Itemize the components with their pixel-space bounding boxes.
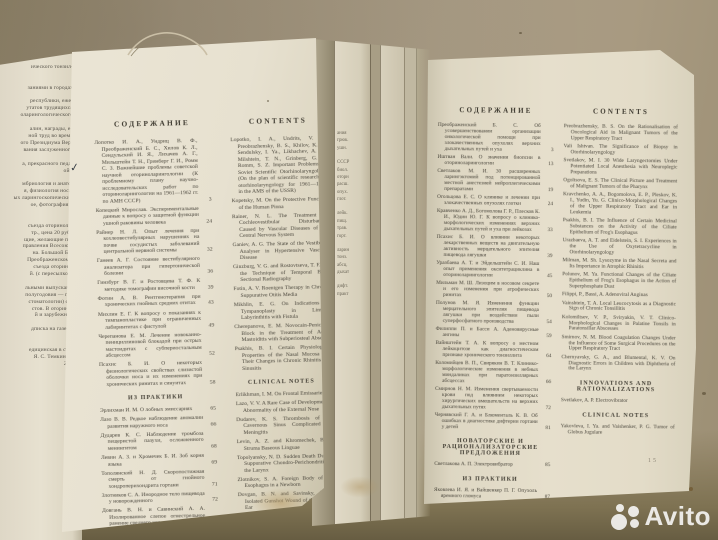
text-fragment: оларингологического bbox=[0, 112, 73, 119]
toc-section-title: ИЗ ПРАКТИКИ bbox=[434, 476, 546, 483]
toc-entry-page-number: 69 bbox=[204, 459, 217, 466]
toc-entry-page-number: 43 bbox=[201, 300, 214, 307]
toc-entry-text: Мильман М. Ш. Лизоцим в носовом секрете … bbox=[436, 281, 539, 300]
toc-entry-text: Levin, A. Z. and Khromechek, B. I. Strum… bbox=[237, 437, 333, 452]
toc-entry-text: Filippi, P., Bassi, A. Adenoviral Angina… bbox=[562, 293, 676, 300]
toc-entry: Levin, A. Z. and Khromechek, B. I. Strum… bbox=[237, 437, 333, 452]
text-fragment: на. Большой Бо- bbox=[0, 250, 73, 257]
toc-entry: Кравченко А. Д., Богомолова Г. Р., Плеск… bbox=[437, 209, 553, 234]
text-fragment: глот. bbox=[337, 196, 369, 203]
toc-entry-text: Ганеев А. Г. Состояние вестибулярного ан… bbox=[97, 256, 200, 278]
toc-entry-text: Вайнштейн Т. А. К вопросу о местном лейк… bbox=[435, 341, 538, 360]
toc-entry: Тополянский Н. Д. Скоропостижная смерть … bbox=[101, 468, 217, 490]
toc-title-en: CONTENTS bbox=[564, 107, 678, 116]
text-fragment: дифт. bbox=[337, 283, 369, 290]
checkmark-annotation: ✓ bbox=[69, 160, 80, 174]
toc-entry: Milman, M. Sh. Lysozyme in the Nasal Sec… bbox=[562, 258, 676, 271]
toc-entry-text: Psakhis, B. I. Certain Physiological Pro… bbox=[235, 344, 332, 372]
text-fragment: горт. bbox=[337, 233, 369, 240]
text-fragment: грюк. bbox=[337, 137, 369, 144]
toc-entry: Светлакова А. П. Электровибратор85 bbox=[434, 462, 550, 469]
toc-entry-text: Dudarev, K. S. Thrombosis of the Caverno… bbox=[236, 415, 332, 437]
text-fragment: пищ. bbox=[337, 218, 369, 225]
toc-entry-page-number: 58 bbox=[202, 379, 215, 386]
toc-entry-text: Smirnov, N. M. Blood Coagulation Changes… bbox=[561, 335, 675, 354]
toc-entry-text: Yakovleva, I. Ya. and Vaishenker, P. G. … bbox=[561, 425, 675, 438]
toc-entry-text: Polunov, M. Ya. Functional Changes of th… bbox=[562, 273, 676, 292]
toc-entry: Полунов М. Я. Изменения функции мерцател… bbox=[436, 301, 552, 326]
toc-entry-text: Ganiev, A. G. The State of the Vestibula… bbox=[232, 240, 328, 262]
toc-entry: Фотин А. В. Рентгенотерапия при хроничес… bbox=[98, 294, 214, 309]
text-fragment: а, прекрасного педа- bbox=[0, 161, 73, 168]
toc-entry-page-number: 72 bbox=[205, 497, 218, 504]
toc-title-ru: СОДЕРЖАНИЕ bbox=[94, 118, 210, 129]
toc-entry-text: Vali Ishtvan. The Significance of Biopsy… bbox=[564, 144, 678, 157]
toc-entry: Ганеев А. Г. Состояние вестибулярного ан… bbox=[97, 256, 213, 278]
toc-entry: Rainer, N. L. The Treatment of Cochleove… bbox=[232, 212, 329, 240]
text-fragment bbox=[0, 154, 73, 161]
toc-entry-page-number: 45 bbox=[539, 274, 552, 280]
toc-entry-page-number: 54 bbox=[539, 320, 552, 326]
toc-entry: Мильман М. Ш. Лизоцим в носовом секрете … bbox=[436, 281, 552, 300]
toc-entry-text: Urazbaeva, A. T. and Eidelstein, S. I. E… bbox=[562, 238, 676, 257]
text-fragment: трав. bbox=[337, 225, 369, 232]
toc-section-title: НОВАТОРСКИЕ И РАЦИОНАЛИЗАТОРСКИЕ ПРЕДЛОЖ… bbox=[434, 438, 546, 457]
avito-logo-icon bbox=[611, 501, 640, 531]
avito-wordmark: Avito bbox=[644, 503, 711, 529]
text-fragment bbox=[0, 78, 73, 85]
toc-entry: Lazo, V. V. A Rare Case of Developmental… bbox=[236, 399, 332, 414]
toc-entry: Psakhis, B. I. The Influence of Certain … bbox=[563, 218, 677, 237]
toc-entry-text: Черепанова Е. М. Лечение новокаино-пениц… bbox=[98, 331, 202, 359]
text-fragment: ого Президиума Вер- bbox=[0, 140, 73, 147]
text-fragment: ое, фотография и bbox=[0, 202, 73, 209]
toc-entry: Смирнов Н. М. Изменения свертываемости к… bbox=[435, 387, 551, 412]
binding-wire bbox=[124, 28, 212, 58]
text-fragment: ического тонзил- bbox=[0, 64, 73, 71]
text-fragment bbox=[0, 174, 73, 181]
toc-entry-page-number: 24 bbox=[199, 218, 212, 225]
toc-entry: Эрлихман И. М. О лобных эмиссариях65 bbox=[100, 406, 216, 415]
toc-entry-page-number: 81 bbox=[538, 426, 551, 432]
toc-entry-text: Дударев К. С. Наблюдение тромбоза пещери… bbox=[100, 431, 203, 453]
text-fragment: алин, награды, ее bbox=[0, 126, 73, 133]
toc-entry-text: Psakhis, B. I. The Influence of Certain … bbox=[563, 218, 677, 237]
text-fragment: я, физиология носа, bbox=[0, 188, 73, 195]
toc-entry: Светлаков М. И. 30 расширенных ларингэкт… bbox=[437, 169, 553, 194]
toc-entry: Псахис Б. И. О влиянии некоторых лекарст… bbox=[436, 235, 552, 260]
text-fragment: съезда оторинола- bbox=[0, 223, 73, 230]
toc-entry: Дударев К. С. Наблюдение тромбоза пещери… bbox=[100, 430, 216, 452]
toc-entry: Ogoltsova, E. S. The Clinical Picture an… bbox=[563, 178, 677, 191]
book-photo-scene: ического тонзил-заниями в городахреспубл… bbox=[0, 0, 718, 540]
right-russian-column: СОДЕРЖАНИЕ Преображенский Б. С. Об усове… bbox=[434, 106, 554, 497]
toc-entry-text: Rainer, N. L. The Treatment of Cochleove… bbox=[232, 212, 329, 240]
toc-entry-page-number: 68 bbox=[204, 443, 217, 450]
text-fragment: мбриология и анато- bbox=[0, 181, 73, 188]
toc-section-title: INNOVATIONS AND RATIONALIZATIONS bbox=[561, 381, 671, 394]
toc-entry: Гинзбург В. Г. и Ростовцева Т. Ф. К мето… bbox=[97, 278, 213, 293]
toc-entry: Вайнштейн Т. А. К вопросу о местном лейк… bbox=[435, 341, 551, 360]
speck bbox=[702, 392, 706, 395]
text-fragment: абсц. bbox=[337, 262, 369, 269]
toc-entry: Erlikhman, I. M. On Frontal Emissaries bbox=[236, 390, 332, 399]
book-gutter: аниягрюк.ушн.СССРбиол.оторнрасш.опух.гло… bbox=[312, 34, 430, 526]
toc-entry-page-number: 59 bbox=[539, 334, 552, 340]
text-fragment: едицинская в сто- bbox=[0, 347, 73, 354]
toc-title-en: CONTENTS bbox=[230, 115, 326, 126]
toc-entry-text: Филиппи П. и Басси А. Аденовирусные анги… bbox=[436, 327, 539, 340]
text-fragment: лейк. bbox=[337, 210, 369, 217]
toc-entry: Fotin, A. V. Roentgen Therapy in Chronic… bbox=[233, 285, 329, 300]
toc-entry-page-number: 49 bbox=[201, 322, 214, 329]
toc-entry-page-number: 50 bbox=[539, 294, 552, 300]
toc-entry-text: Milman, M. Sh. Lysozyme in the Nasal Sec… bbox=[562, 258, 676, 271]
toc-entry: Преображенский Б. С. Об усовершенствован… bbox=[438, 123, 554, 154]
toc-entry-page-number: 52 bbox=[202, 351, 215, 358]
text-fragment: щие, желающие по- bbox=[0, 237, 73, 244]
toc-entry-text: Erlikhman, I. M. On Frontal Emissaries bbox=[236, 390, 332, 399]
toc-entry: Копецкий Мирослав. Экспериментальные дан… bbox=[96, 205, 212, 227]
toc-entry: Preobrazhensky, B. S. On the Rationalisa… bbox=[564, 124, 678, 143]
text-fragment bbox=[337, 277, 369, 284]
right-toc-page: СОДЕРЖАНИЕ Преображенский Б. С. Об усове… bbox=[424, 48, 696, 510]
toc-entry: Ginzburg, V. G. and Rostovtseva, T. F. O… bbox=[233, 263, 329, 285]
toc-entry-text: Chernyavsky, G. A., and Blumental, K. V.… bbox=[561, 355, 675, 374]
text-fragment: правления Всесоюз- bbox=[0, 243, 73, 250]
toc-entry-text: Гинзбург В. Г. и Ростовцева Т. Ф. К мето… bbox=[97, 278, 200, 293]
toc-entry-text: Коломийцев В. П., Свирякин В. Т. Клинико… bbox=[435, 361, 538, 386]
toc-entry-text: Svetlakov, A. P. Electrovibrator bbox=[561, 399, 675, 406]
toc-entry-text: Preobrazhensky, B. S. On the Rationalisa… bbox=[564, 124, 678, 143]
toc-entry-text: Лопотко И. А., Ундриц В. Ф., Преображенс… bbox=[94, 138, 198, 205]
text-fragment: ой). bbox=[0, 168, 73, 175]
toc-list: Лопотко И. А., Ундриц В. Ф., Преображенс… bbox=[94, 138, 218, 528]
text-fragment: утатов трудящихся bbox=[0, 105, 73, 112]
toc-list: Lopotko, I. A., Undrits, V. F., Preobraz… bbox=[230, 135, 334, 512]
toc-entry-text: Райнер Н. Л. Опыт лечения при кохлеовест… bbox=[96, 228, 200, 256]
toc-entry-page-number: 24 bbox=[540, 202, 553, 208]
toc-entry: Mikhlin, E. G. On Indications to Tympano… bbox=[234, 300, 330, 322]
text-fragment bbox=[0, 92, 73, 99]
toc-entry: Иштван Вали. О значении биопсии в оторин… bbox=[437, 155, 553, 168]
toc-entry-text: Lazo, V. V. A Rare Case of Developmental… bbox=[236, 399, 332, 414]
toc-entry: Kolomiltsev, V. P., Sviryakin, V. T. Cli… bbox=[562, 315, 676, 334]
text-fragment: стоматологии) со- bbox=[0, 299, 73, 306]
toc-entry-text: Полунов М. Я. Изменения функции мерцател… bbox=[436, 301, 539, 326]
text-fragment: съезда оторино- bbox=[0, 264, 73, 271]
text-fragment: 22). bbox=[0, 361, 73, 368]
toc-entry-text: Kolomiltsev, V. P., Sviryakin, V. T. Cli… bbox=[562, 315, 676, 334]
toc-entry-text: Тополянский Н. Д. Скоропостижная смерть … bbox=[101, 468, 204, 490]
toc-entry-text: Псахис Б. И. О некоторых физиологических… bbox=[99, 360, 203, 388]
toc-entry-text: Смирнов Н. М. Изменения свертываемости к… bbox=[435, 387, 538, 412]
text-fragment: ания bbox=[337, 130, 369, 137]
toc-entry: Ganiev, A. G. The State of the Vestibula… bbox=[232, 240, 328, 262]
text-fragment: й и зарубежной bbox=[0, 312, 73, 319]
toc-entry: Urazbaeva, A. T. and Eidelstein, S. I. E… bbox=[562, 238, 676, 257]
toc-entry: Smirnov, N. M. Blood Coagulation Changes… bbox=[561, 335, 675, 354]
toc-entry: Kopetsky, M. On the Protective Function … bbox=[232, 196, 328, 211]
toc-entry: Chernyavsky, G. A., and Blumental, K. V.… bbox=[561, 355, 675, 374]
toc-entry-text: Огольцова Е. С. О клинике и лечении при … bbox=[437, 195, 540, 208]
text-fragment bbox=[337, 204, 369, 211]
toc-entry: Dudarev, K. S. Thrombosis of the Caverno… bbox=[236, 415, 332, 437]
text-fragment bbox=[0, 333, 73, 340]
left-russian-column: СОДЕРЖАНИЕ Лопотко И. А., Ундриц В. Ф., … bbox=[94, 118, 218, 520]
stain bbox=[340, 476, 380, 498]
text-fragment: заниями в городах bbox=[0, 85, 73, 92]
toc-title-ru: СОДЕРЖАНИЕ bbox=[438, 106, 554, 115]
text-fragment bbox=[0, 319, 73, 326]
toc-list: Preobrazhensky, B. S. On the Rationalisa… bbox=[561, 124, 678, 437]
text-fragment bbox=[0, 278, 73, 285]
toc-entry-text: Светлакова А. П. Электровибратор bbox=[434, 462, 537, 469]
text-fragment: стов. В оторино- bbox=[0, 306, 73, 313]
toc-section-title: ИЗ ПРАКТИКИ bbox=[100, 394, 212, 402]
speck bbox=[519, 32, 522, 34]
toc-entry: Псахис Б. И. О некоторых физиологических… bbox=[99, 360, 216, 388]
toc-entry-page-number: 33 bbox=[540, 228, 553, 234]
toc-entry-page-number: 32 bbox=[200, 247, 213, 254]
text-fragment bbox=[0, 216, 73, 223]
gutter-text-fragments: аниягрюк.ушн.СССРбиол.оторнрасш.опух.гло… bbox=[337, 130, 369, 298]
toc-entry-page-number: 65 bbox=[203, 406, 216, 413]
toc-entry-text: Vainshtein, T. A. Local Leucocytosis as … bbox=[562, 301, 676, 314]
left-toc-page: СОДЕРЖАНИЕ Лопотко И. А., Ундриц В. Ф., … bbox=[56, 36, 330, 536]
text-fragment: дыхат bbox=[337, 269, 369, 276]
toc-entry-page-number: 64 bbox=[538, 354, 551, 360]
text-fragment: й. (с пересылкой) bbox=[0, 271, 73, 278]
text-fragment bbox=[337, 240, 369, 247]
toc-entry-text: Cherepanova, E. M. Novocain-Penicillin B… bbox=[234, 322, 330, 344]
text-fragment: оторн bbox=[337, 174, 369, 181]
toc-entry-page-number: 19 bbox=[540, 188, 553, 194]
left-page-content: СОДЕРЖАНИЕ Лопотко И. А., Ундриц В. Ф., … bbox=[54, 31, 338, 521]
text-fragment: ларин bbox=[337, 247, 369, 254]
toc-entry-page-number: 71 bbox=[204, 481, 217, 488]
toc-entry-text: Псахис Б. И. О влиянии некоторых лекарст… bbox=[436, 235, 539, 260]
toc-entry-text: Копецкий Мирослав. Экспериментальные дан… bbox=[96, 205, 199, 227]
text-fragment: СССР bbox=[337, 159, 369, 166]
toc-entry: Psakhis, B. I. Certain Physiological Pro… bbox=[235, 344, 332, 372]
toc-entry-text: Ginzburg, V. G. and Rostovtseva, T. F. O… bbox=[233, 263, 329, 285]
toc-entry: Лопотко И. А., Ундриц В. Ф., Преображенс… bbox=[94, 138, 211, 205]
speck bbox=[689, 487, 693, 491]
toc-section-title: CLINICAL NOTES bbox=[561, 413, 671, 420]
toc-entry-page-number: 13 bbox=[540, 162, 553, 168]
text-fragment: льными выпусками bbox=[0, 285, 73, 292]
toc-entry-text: Кравченко А. Д., Богомолова Г. Р., Плеск… bbox=[437, 209, 540, 234]
text-fragment: ной труд во время bbox=[0, 133, 73, 140]
toc-entry-text: Эрлихман И. М. О лобных эмиссариях bbox=[100, 406, 203, 415]
text-fragment: тр., цена 20 руб., bbox=[0, 230, 73, 237]
toc-section-title: CLINICAL NOTES bbox=[235, 378, 327, 386]
toc-entry-text: Уразбаева А. Т. и Эйдельштейн С. И. Наш … bbox=[436, 261, 539, 280]
gutter-page-strip bbox=[380, 34, 405, 526]
speck bbox=[267, 100, 269, 102]
toc-entry: Filippi, P., Bassi, A. Adenoviral Angina… bbox=[562, 293, 676, 300]
toc-entry-page-number: 3 bbox=[541, 148, 554, 154]
toc-entry-text: Чернявский Г. А. и Блюменталь К. В. Об о… bbox=[435, 413, 538, 432]
text-fragment bbox=[0, 71, 73, 78]
text-fragment bbox=[0, 340, 73, 347]
toc-entry: Vali Ishtvan. The Significance of Biopsy… bbox=[564, 144, 678, 157]
toc-entry-text: Svetlakov, M. I. 30 Wide Laryngectomies … bbox=[563, 158, 677, 177]
right-english-column: CONTENTS Preobrazhensky, B. S. On the Ra… bbox=[560, 107, 678, 498]
toc-entry: Огольцова Е. С. О клинике и лечении при … bbox=[437, 195, 553, 208]
toc-entry: Коломийцев В. П., Свирякин В. Т. Клинико… bbox=[435, 361, 551, 386]
toc-entry-text: Лазо В. В. Редкое наблюдение аномалии ра… bbox=[100, 415, 203, 430]
text-fragment: ых ларингоскопических bbox=[0, 195, 73, 202]
toc-entry-page-number: 3 bbox=[198, 196, 211, 203]
text-fragment: практ bbox=[337, 291, 369, 298]
toc-entry: Lopotko, I. A., Undrits, V. F., Preobraz… bbox=[230, 135, 327, 195]
toc-entry-text: Преображенский Б. С. Об усовершенствован… bbox=[438, 123, 541, 154]
text-fragment: вания заслуженного bbox=[0, 147, 73, 154]
text-fragment: Я. С. Темкина и bbox=[0, 354, 73, 361]
text-fragment bbox=[337, 152, 369, 159]
toc-entry: Vainshtein, T. A. Local Leucocytosis as … bbox=[562, 301, 676, 314]
toc-entry: Райнер Н. Л. Опыт лечения при кохлеовест… bbox=[96, 227, 213, 255]
page-corner-number: 15 bbox=[648, 458, 658, 464]
toc-entry-text: Михлин Е. Г. К вопросу о показаниях к ти… bbox=[98, 309, 201, 331]
toc-entry: Polunov, M. Ya. Functional Changes of th… bbox=[562, 273, 676, 292]
toc-entry-text: Mikhlin, E. G. On Indications to Tympano… bbox=[234, 300, 330, 322]
toc-entry: Злотников С. А. Инородное тело пищевода … bbox=[102, 490, 218, 505]
toc-entry-text: Lopotko, I. A., Undrits, V. F., Preobraz… bbox=[230, 135, 327, 195]
toc-entry-page-number: 66 bbox=[538, 380, 551, 386]
toc-entry-text: Ogoltsova, E. S. The Clinical Picture an… bbox=[563, 178, 677, 191]
toc-entry: Yakovleva, I. Ya. and Vaishenker, P. G. … bbox=[561, 425, 675, 438]
text-fragment: полугодовия — по- bbox=[0, 292, 73, 299]
toc-entry-page-number: 36 bbox=[200, 269, 213, 276]
toc-entry-page-number: 39 bbox=[539, 254, 552, 260]
toc-entry-page-number: 39 bbox=[200, 284, 213, 291]
toc-entry: Cherepanova, E. M. Novocain-Penicillin B… bbox=[234, 322, 330, 344]
toc-entry-text: Левин А. З. и Хромечек Б. И. Зоб корня я… bbox=[101, 453, 204, 468]
right-page-content: СОДЕРЖАНИЕ Преображенский Б. С. Об усове… bbox=[420, 48, 697, 499]
toc-entry-page-number: 85 bbox=[537, 463, 550, 469]
toc-entry: Черепанова Е. М. Лечение новокаино-пениц… bbox=[98, 331, 215, 359]
toc-entry: Уразбаева А. Т. и Эйдельштейн С. И. Наш … bbox=[436, 261, 552, 280]
toc-entry-text: Kravchenko, A. A., Bogomolova, E. P., Pl… bbox=[563, 193, 677, 218]
text-fragment: тонз. bbox=[337, 254, 369, 261]
text-fragment: расш. bbox=[337, 181, 369, 188]
toc-entry-text: Фотин А. В. Рентгенотерапия при хроничес… bbox=[98, 294, 201, 309]
toc-entry-page-number: 66 bbox=[203, 421, 216, 428]
toc-entry-text: Fotin, A. V. Roentgen Therapy in Chronic… bbox=[233, 285, 329, 300]
toc-entry-page-number: 72 bbox=[538, 406, 551, 412]
text-fragment: ушн. bbox=[337, 145, 369, 152]
avito-watermark: Avito bbox=[611, 501, 711, 531]
toc-entry: Левин А. З. и Хромечек Б. И. Зоб корня я… bbox=[101, 453, 217, 468]
toc-entry: Филиппи П. и Басси А. Аденовирусные анги… bbox=[436, 327, 552, 340]
text-fragment: дписка на газеты bbox=[0, 326, 73, 333]
text-fragment: Преображенскому. bbox=[0, 257, 73, 264]
toc-list: Преображенский Б. С. Об усовершенствован… bbox=[434, 123, 554, 501]
toc-entry: Svetlakov, M. I. 30 Wide Laryngectomies … bbox=[563, 158, 677, 177]
toc-entry: Чернявский Г. А. и Блюменталь К. В. Об о… bbox=[435, 413, 551, 432]
toc-entry: Михлин Е. Г. К вопросу о показаниях к ти… bbox=[98, 309, 214, 331]
toc-entry: Kravchenko, A. A., Bogomolova, E. P., Pl… bbox=[563, 193, 677, 218]
toc-entry-text: Kopetsky, M. On the Protective Function … bbox=[232, 196, 328, 211]
toc-entry-text: Topolyansky, N. D. Sudden Death Due to S… bbox=[237, 453, 333, 475]
text-fragment: республики, еже- bbox=[0, 98, 73, 105]
text-fragment: биол. bbox=[337, 167, 369, 174]
toc-entry-text: Иштван Вали. О значении биопсии в оторин… bbox=[437, 155, 540, 168]
toc-entry-text: Светлаков М. И. 30 расширенных ларингэкт… bbox=[437, 169, 540, 194]
toc-entry: Лазо В. В. Редкое наблюдение аномалии ра… bbox=[100, 415, 216, 430]
toc-entry-text: Злотников С. А. Инородное тело пищевода … bbox=[102, 491, 205, 506]
text-fragment bbox=[0, 119, 73, 126]
text-fragment: опух. bbox=[337, 189, 369, 196]
toc-entry: Svetlakov, A. P. Electrovibrator bbox=[561, 399, 675, 406]
text-fragment bbox=[0, 209, 73, 216]
toc-entry: Topolyansky, N. D. Sudden Death Due to S… bbox=[237, 453, 333, 475]
